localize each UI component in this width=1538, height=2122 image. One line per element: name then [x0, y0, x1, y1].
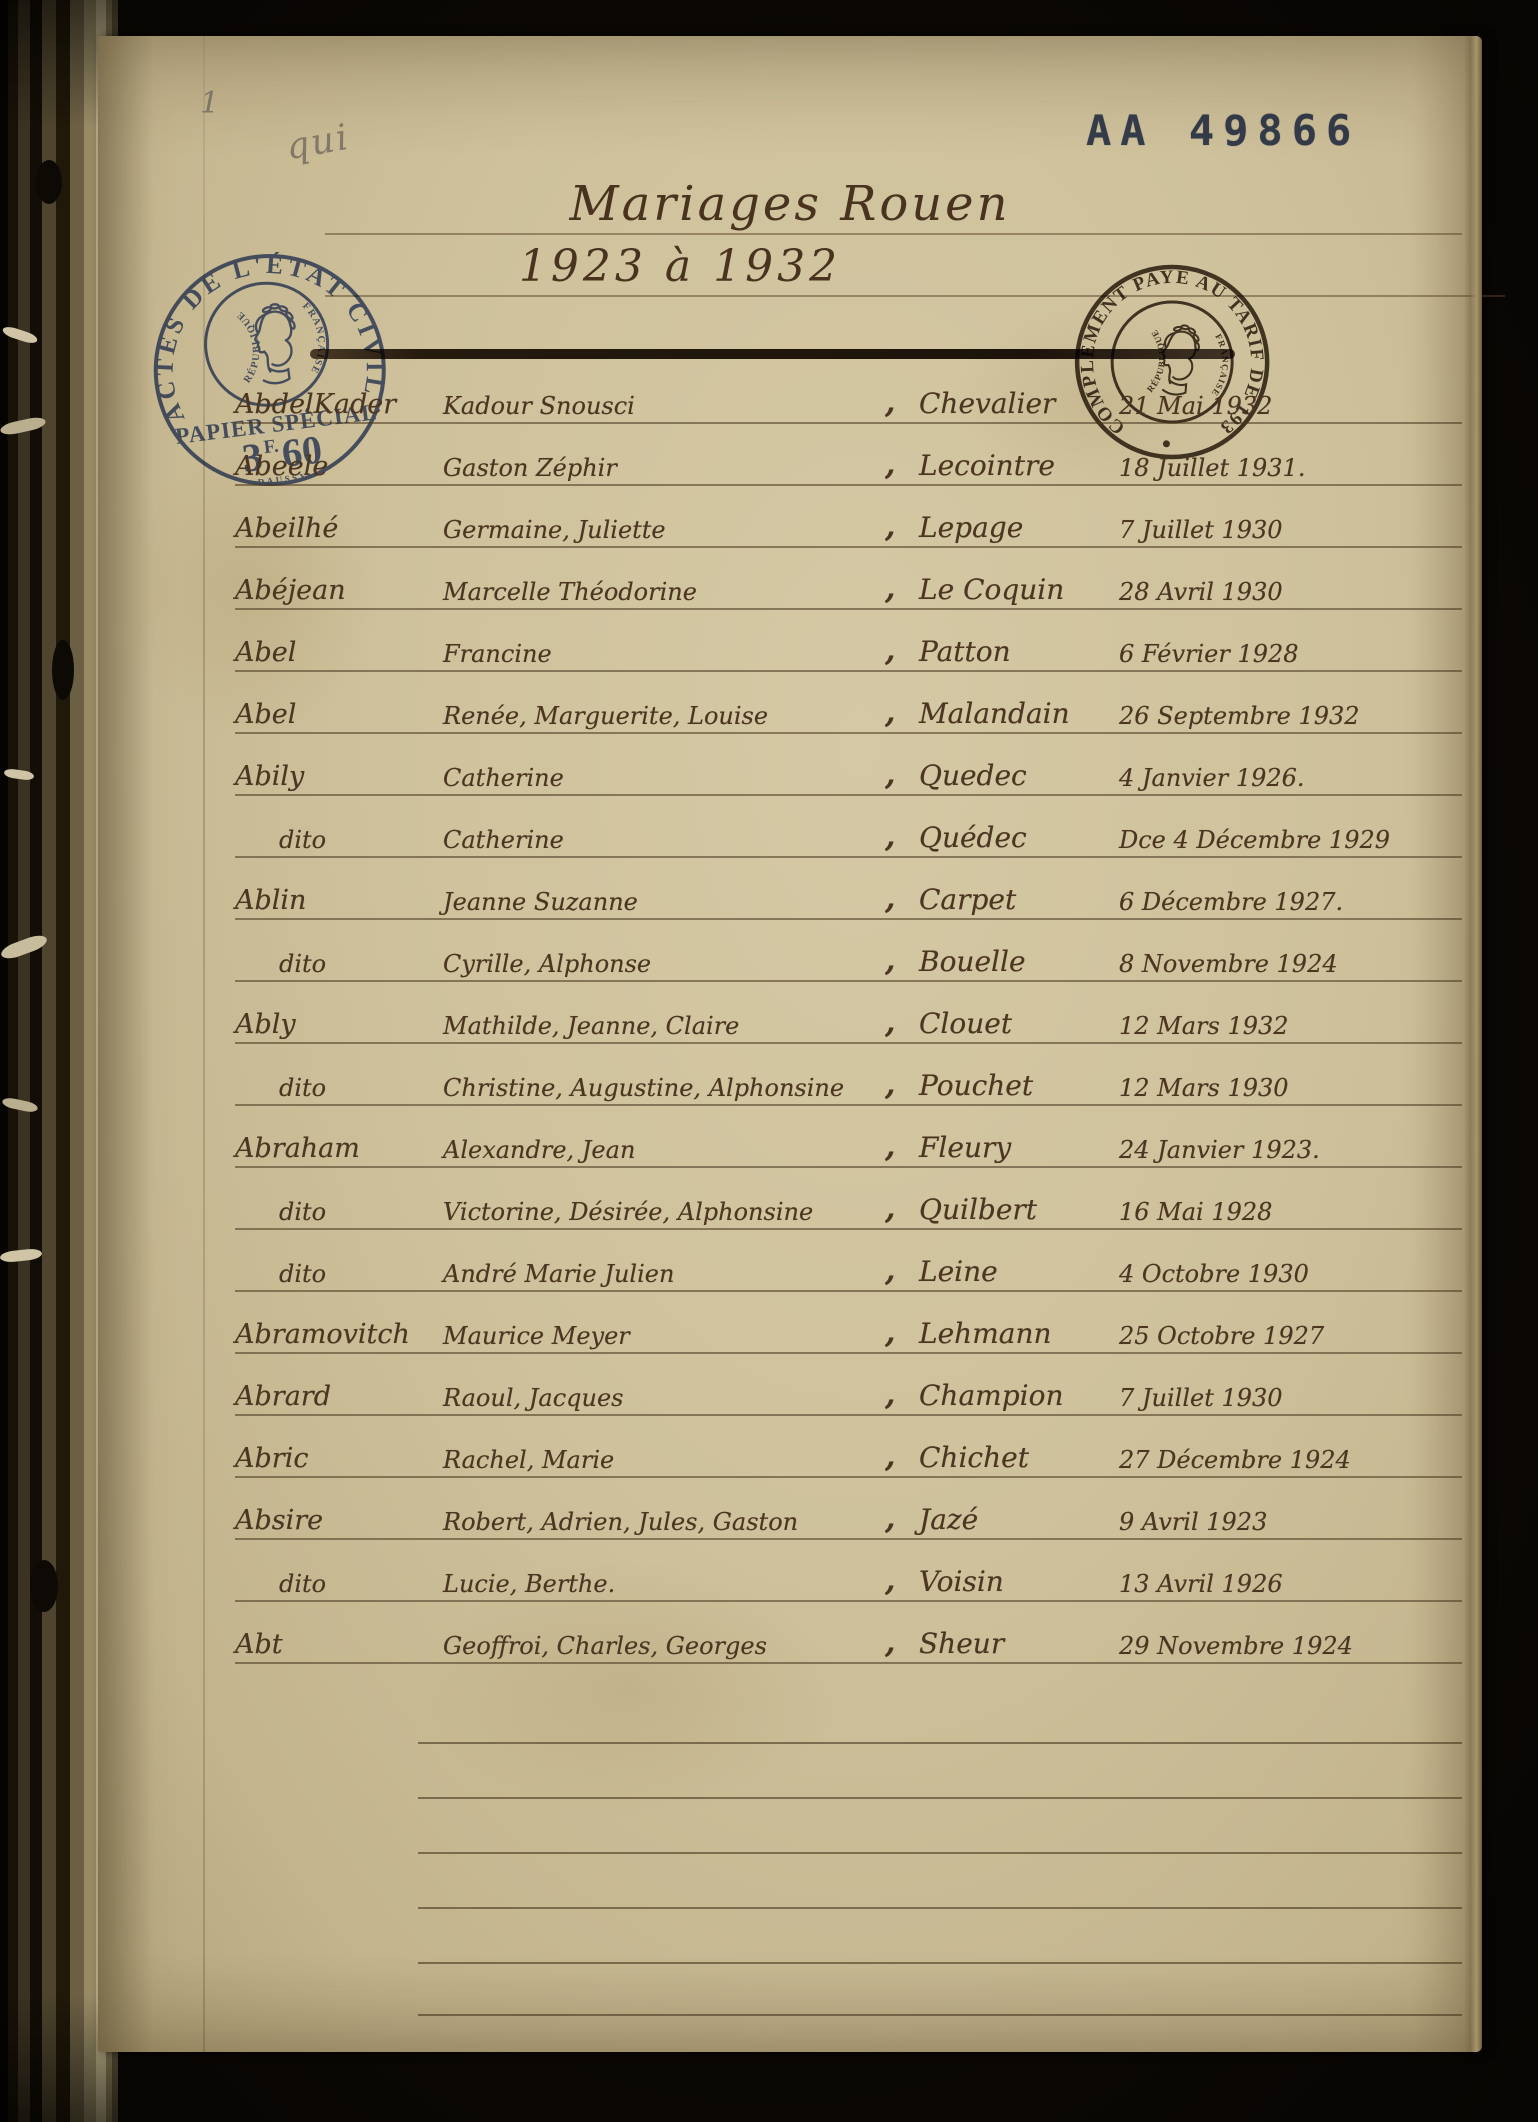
entry-surname: dito	[279, 1198, 326, 1226]
entry-surname: Ablin	[235, 885, 306, 916]
entry-given-names: Marcelle Théodorine	[443, 578, 697, 606]
scanned-register-photo: { "page": { "inventory_number": "AA 4986…	[0, 0, 1538, 2122]
entry-separator: ,	[885, 1067, 895, 1102]
entry-surname: Absire	[235, 1505, 323, 1536]
entry-date: 24 Janvier 1923.	[1119, 1136, 1320, 1164]
entry-separator: ,	[885, 1191, 895, 1226]
entry-surname: Abel	[235, 699, 296, 730]
entry-given-names: Jeanne Suzanne	[443, 888, 638, 916]
table-row: Abéjean Marcelle Théodorine , Le Coquin …	[235, 552, 1462, 610]
entry-surname: Abeele	[235, 451, 328, 482]
table-row: Abily Catherine , Quedec 4 Janvier 1926.	[235, 738, 1462, 796]
inventory-number-stamp: AA 49866	[1086, 106, 1360, 155]
entry-separator: ,	[885, 1501, 895, 1536]
entry-date: 28 Avril 1930	[1119, 578, 1283, 606]
ruled-line	[418, 1962, 1462, 1964]
ruled-line	[325, 233, 1462, 235]
table-row: Abel Francine , Patton 6 Février 1928	[235, 614, 1462, 672]
entry-date: 12 Mars 1930	[1119, 1074, 1289, 1102]
entry-spouse: Chevalier	[919, 387, 1055, 420]
entry-given-names: Geoffroi, Charles, Georges	[443, 1632, 767, 1660]
entry-date: Dce 4 Décembre 1929	[1119, 826, 1390, 854]
entry-given-names: Raoul, Jacques	[443, 1384, 623, 1412]
table-row: dito Christine, Augustine, Alphonsine , …	[235, 1048, 1462, 1106]
entry-separator: ,	[885, 509, 895, 544]
entry-separator: ,	[885, 1005, 895, 1040]
entry-surname: dito	[279, 1260, 326, 1288]
entry-spouse: Champion	[919, 1379, 1063, 1412]
entry-date: 27 Décembre 1924	[1119, 1446, 1351, 1474]
entry-separator: ,	[885, 881, 895, 916]
entry-date: 29 Novembre 1924	[1119, 1632, 1353, 1660]
page-title: Mariages Rouen	[470, 176, 1110, 232]
table-row: AbdelKader Kadour Snousci , Chevalier 21…	[235, 366, 1462, 424]
entry-spouse: Lehmann	[919, 1317, 1052, 1350]
entry-surname: dito	[279, 1074, 326, 1102]
entry-surname: Abily	[235, 761, 304, 792]
entry-separator: ,	[885, 1563, 895, 1598]
entry-surname: dito	[279, 950, 326, 978]
table-row: Ablin Jeanne Suzanne , Carpet 6 Décembre…	[235, 862, 1462, 920]
entry-given-names: Francine	[443, 640, 552, 668]
entry-date: 12 Mars 1932	[1119, 1012, 1289, 1040]
table-row: Absire Robert, Adrien, Jules, Gaston , J…	[235, 1482, 1462, 1540]
table-row: Abraham Alexandre, Jean , Fleury 24 Janv…	[235, 1110, 1462, 1168]
ruled-line	[418, 1907, 1462, 1909]
ruled-line	[325, 295, 1505, 297]
entry-surname: dito	[279, 1570, 326, 1598]
entry-spouse: Lecointre	[919, 449, 1055, 482]
entry-date: 4 Octobre 1930	[1119, 1260, 1309, 1288]
entry-date: 8 Novembre 1924	[1119, 950, 1338, 978]
ruled-line	[418, 1797, 1462, 1799]
entry-given-names: Renée, Marguerite, Louise	[443, 702, 768, 730]
entry-surname: Abel	[235, 637, 296, 668]
entry-spouse: Voisin	[919, 1565, 1004, 1598]
entry-spouse: Pouchet	[919, 1069, 1033, 1102]
table-row: Abrard Raoul, Jacques , Champion 7 Juill…	[235, 1358, 1462, 1416]
entry-separator: ,	[885, 1439, 895, 1474]
entry-spouse: Clouet	[919, 1007, 1012, 1040]
table-row: dito Lucie, Berthe. , Voisin 13 Avril 19…	[235, 1544, 1462, 1602]
entry-spouse: Bouelle	[919, 945, 1026, 978]
entry-separator: ,	[885, 695, 895, 730]
entry-surname: Abt	[235, 1629, 283, 1660]
table-row: Abramovitch Maurice Meyer , Lehmann 25 O…	[235, 1296, 1462, 1354]
ruled-line	[418, 1852, 1462, 1854]
entry-given-names: Maurice Meyer	[443, 1322, 630, 1350]
ruled-line	[418, 2014, 1462, 2016]
entry-surname: Abramovitch	[235, 1319, 410, 1350]
entry-spouse: Fleury	[919, 1131, 1011, 1164]
entry-given-names: Rachel, Marie	[443, 1446, 614, 1474]
entry-surname: Ably	[235, 1009, 296, 1040]
entry-spouse: Le Coquin	[919, 573, 1064, 606]
entry-separator: ,	[885, 571, 895, 606]
entry-separator: ,	[885, 633, 895, 668]
entry-surname: AbdelKader	[235, 389, 396, 420]
entry-date: 7 Juillet 1930	[1119, 516, 1283, 544]
entry-spouse: Quédec	[919, 821, 1027, 854]
entry-date: 25 Octobre 1927	[1119, 1322, 1324, 1350]
entry-separator: ,	[885, 447, 895, 482]
entry-separator: ,	[885, 1377, 895, 1412]
entry-separator: ,	[885, 943, 895, 978]
entry-surname: Abrard	[235, 1381, 331, 1412]
entry-separator: ,	[885, 1315, 895, 1350]
entry-given-names: Cyrille, Alphonse	[443, 950, 651, 978]
entry-separator: ,	[885, 1253, 895, 1288]
entry-date: 7 Juillet 1930	[1119, 1384, 1283, 1412]
entry-surname: Abéjean	[235, 575, 346, 606]
entry-given-names: Alexandre, Jean	[443, 1136, 635, 1164]
entry-surname: Abraham	[235, 1133, 360, 1164]
entry-given-names: Victorine, Désirée, Alphonsine	[443, 1198, 813, 1226]
entry-separator: ,	[885, 385, 895, 420]
entry-spouse: Malandain	[919, 697, 1070, 730]
entry-surname: dito	[279, 826, 326, 854]
page-title-years: 1923 à 1932	[430, 240, 930, 294]
entry-separator: ,	[885, 1625, 895, 1660]
entry-spouse: Quedec	[919, 759, 1027, 792]
entry-spouse: Leine	[919, 1255, 998, 1288]
entry-given-names: Christine, Augustine, Alphonsine	[443, 1074, 844, 1102]
entry-spouse: Jazé	[919, 1503, 978, 1536]
pencil-page-number: 1	[200, 86, 219, 121]
entry-date: 6 Décembre 1927.	[1119, 888, 1343, 916]
entry-date: 9 Avril 1923	[1119, 1508, 1267, 1536]
table-row: Ably Mathilde, Jeanne, Claire , Clouet 1…	[235, 986, 1462, 1044]
entry-date: 4 Janvier 1926.	[1119, 764, 1305, 792]
entry-date: 18 Juillet 1931.	[1119, 454, 1305, 482]
table-row: dito Cyrille, Alphonse , Bouelle 8 Novem…	[235, 924, 1462, 982]
table-row: Abric Rachel, Marie , Chichet 27 Décembr…	[235, 1420, 1462, 1478]
entry-given-names: Catherine	[443, 826, 564, 854]
entry-spouse: Quilbert	[919, 1193, 1037, 1226]
table-row: Abeele Gaston Zéphir , Lecointre 18 Juil…	[235, 428, 1462, 486]
entry-separator: ,	[885, 757, 895, 792]
pencil-note: qui	[283, 117, 353, 168]
entry-spouse: Patton	[919, 635, 1011, 668]
entry-separator: ,	[885, 1129, 895, 1164]
entry-given-names: Germaine, Juliette	[443, 516, 666, 544]
entry-separator: ,	[885, 819, 895, 854]
entry-spouse: Lepage	[919, 511, 1023, 544]
table-row: Abeilhé Germaine, Juliette , Lepage 7 Ju…	[235, 490, 1462, 548]
table-row: Abel Renée, Marguerite, Louise , Malanda…	[235, 676, 1462, 734]
entry-spouse: Carpet	[919, 883, 1016, 916]
entry-date: 6 Février 1928	[1119, 640, 1299, 668]
table-row: dito Victorine, Désirée, Alphonsine , Qu…	[235, 1172, 1462, 1230]
register-page: 1 qui AA 49866 Mariages Rouen 1923 à 193…	[98, 36, 1482, 2052]
entry-surname: Abric	[235, 1443, 308, 1474]
table-row: dito Catherine , Quédec Dce 4 Décembre 1…	[235, 800, 1462, 858]
entry-given-names: Catherine	[443, 764, 564, 792]
entry-surname: Abeilhé	[235, 513, 338, 544]
entry-given-names: Mathilde, Jeanne, Claire	[443, 1012, 739, 1040]
ruled-line	[418, 1742, 1462, 1744]
entry-spouse: Sheur	[919, 1627, 1004, 1660]
entry-given-names: Robert, Adrien, Jules, Gaston	[443, 1508, 798, 1536]
entry-given-names: Kadour Snousci	[443, 392, 635, 420]
entry-given-names: André Marie Julien	[443, 1260, 674, 1288]
entry-given-names: Lucie, Berthe.	[443, 1570, 615, 1598]
table-row: dito André Marie Julien , Leine 4 Octobr…	[235, 1234, 1462, 1292]
entry-date: 13 Avril 1926	[1119, 1570, 1283, 1598]
entry-date: 16 Mai 1928	[1119, 1198, 1272, 1226]
table-row: Abt Geoffroi, Charles, Georges , Sheur 2…	[235, 1606, 1462, 1664]
entry-date: 26 Septembre 1932	[1119, 702, 1360, 730]
entry-given-names: Gaston Zéphir	[443, 454, 617, 482]
entry-date: 21 Mai 1932	[1119, 392, 1272, 420]
entry-spouse: Chichet	[919, 1441, 1029, 1474]
